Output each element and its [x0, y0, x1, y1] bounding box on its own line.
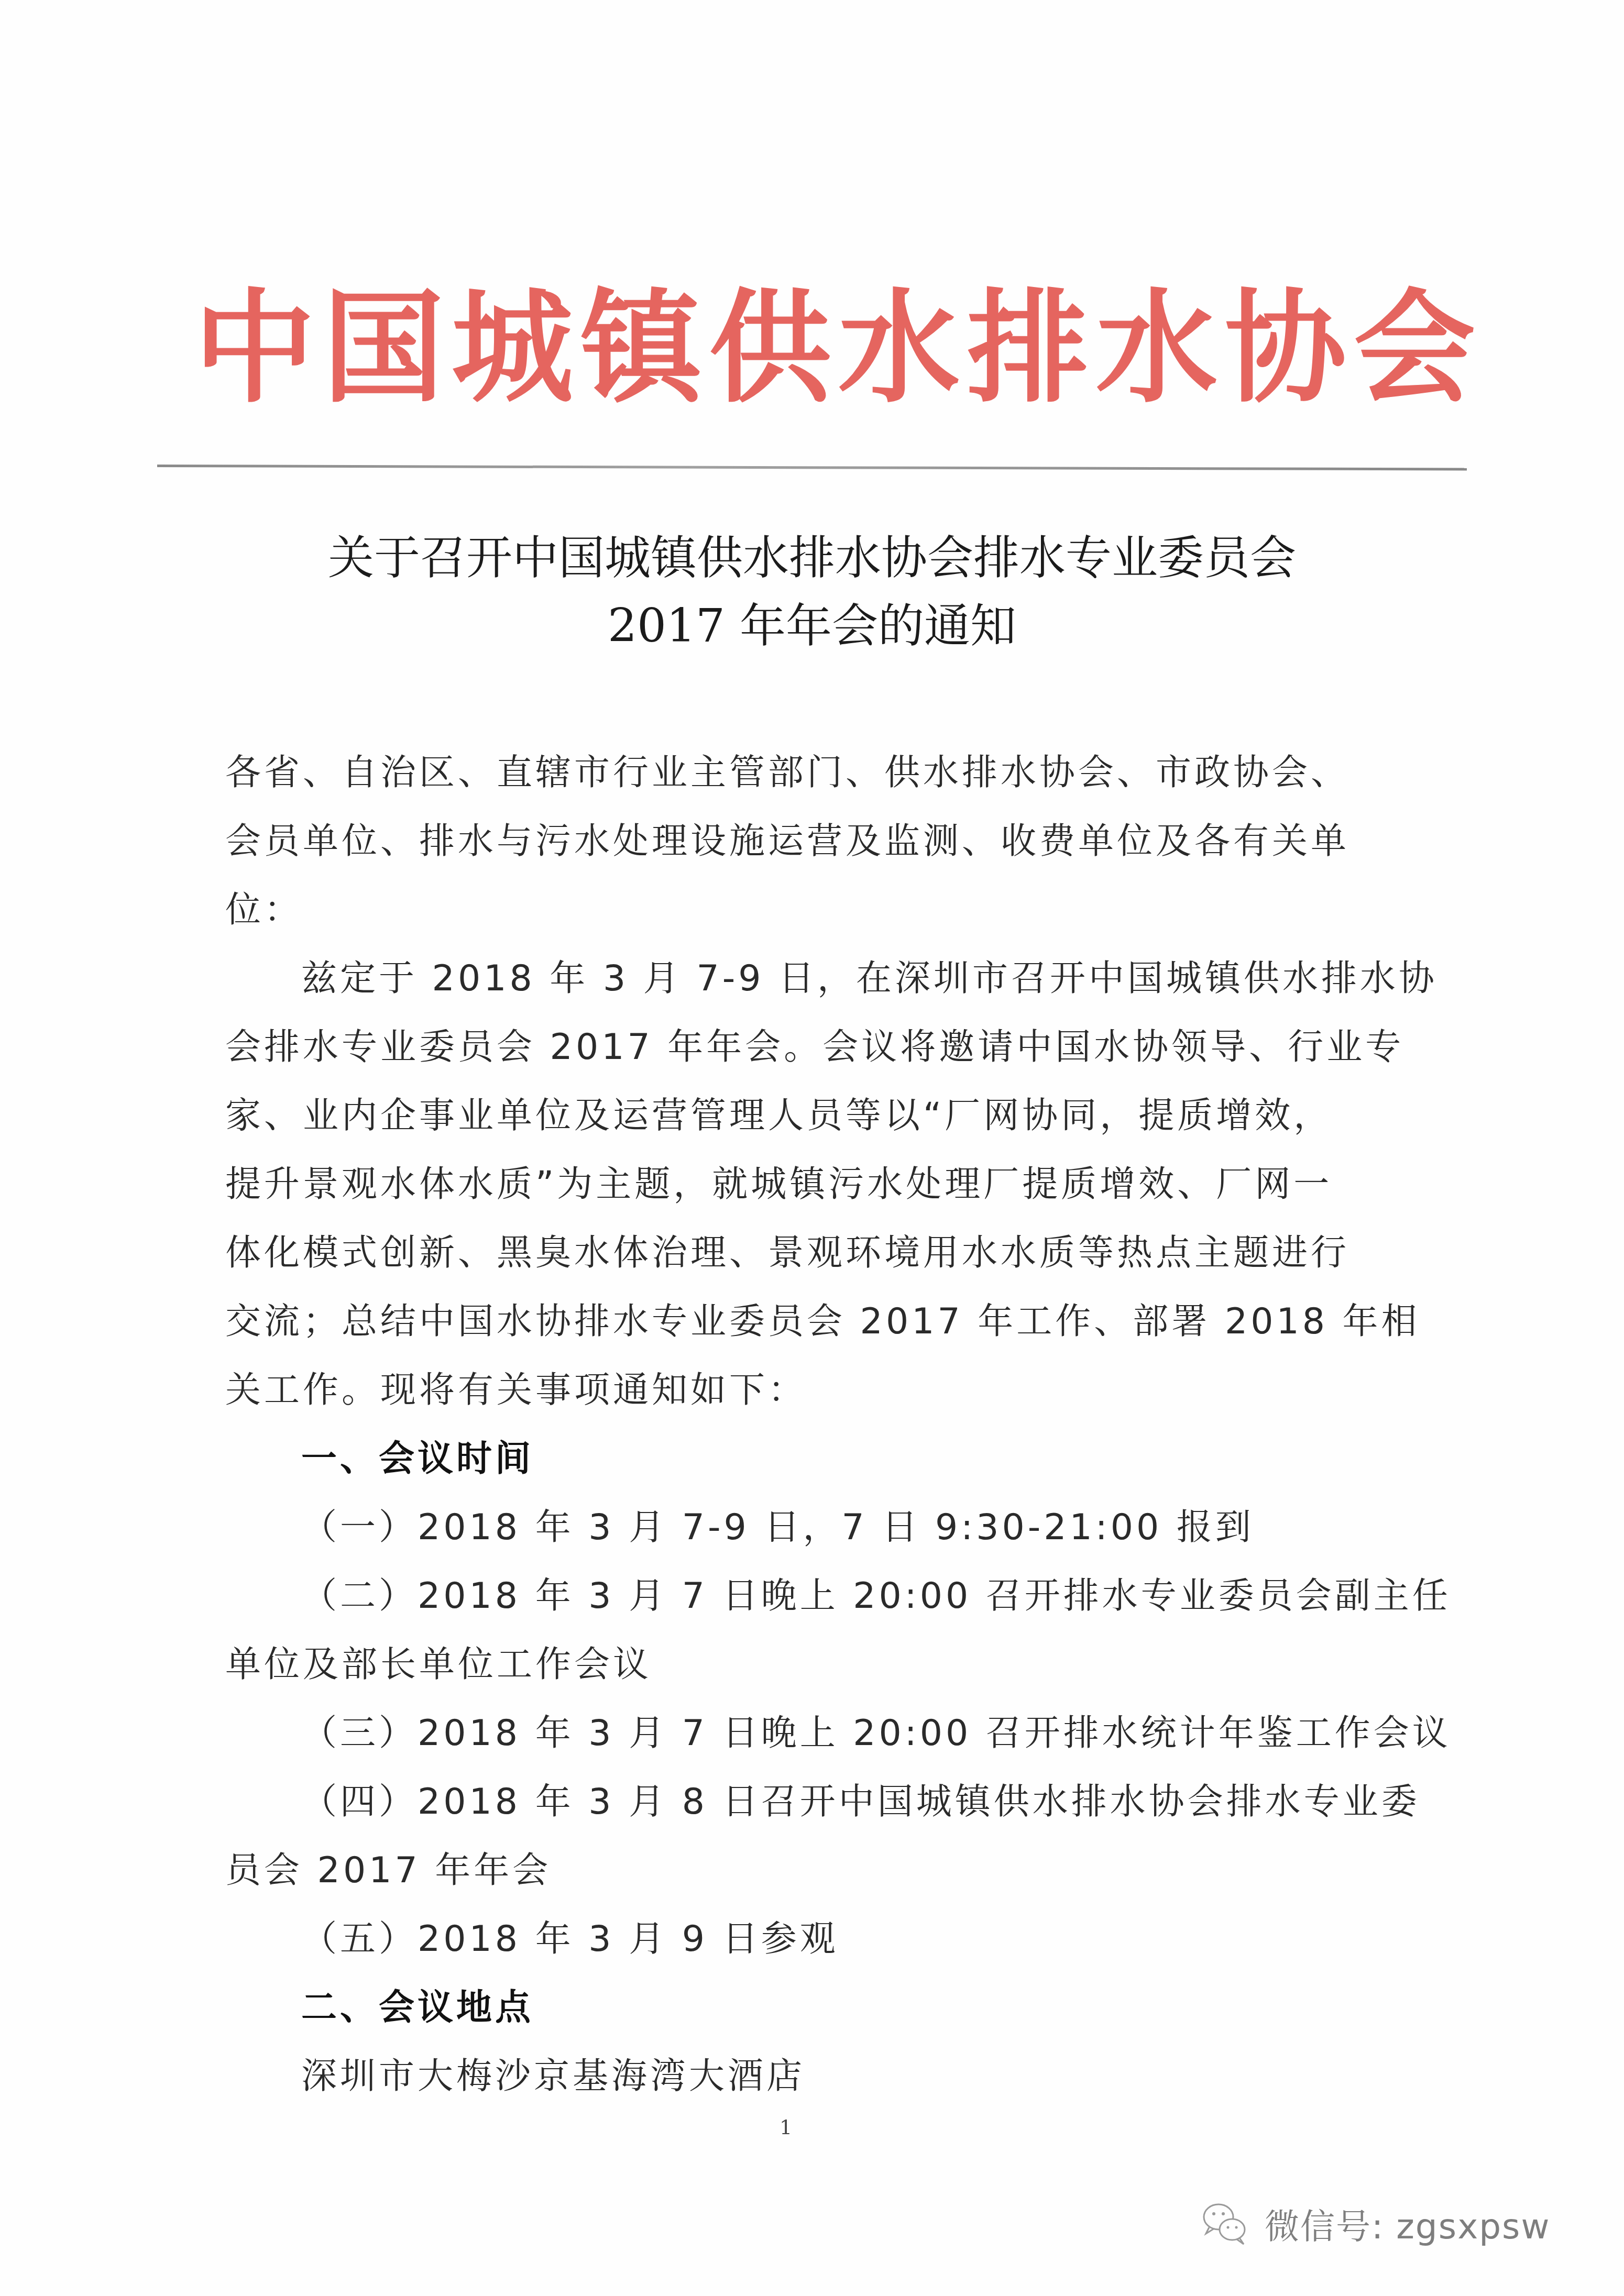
document-title: 关于召开中国城镇供水排水协会排水专业委员会 2017 年年会的通知 [210, 524, 1414, 660]
schedule-item-continuation: 员会 2017 年年会 [225, 1836, 1367, 1905]
schedule-item: （三）2018 年 3 月 7 日晚上 20:00 召开排水统计年鉴工作会议 [225, 1699, 1367, 1768]
intro-line: 提升景观水体水质”为主题，就城镇污水处理厂提质增效、厂网一 [225, 1150, 1367, 1219]
section-heading-meeting-time: 一、会议时间 [225, 1425, 1367, 1493]
section-heading-meeting-venue: 二、会议地点 [225, 1973, 1367, 2042]
schedule-item: （二）2018 年 3 月 7 日晚上 20:00 召开排水专业委员会副主任 [225, 1562, 1367, 1630]
wechat-icon [1200, 2197, 1252, 2249]
schedule-item: （五）2018 年 3 月 9 日参观 [225, 1905, 1367, 1973]
intro-line: 体化模式创新、黑臭水体治理、景观环境用水水质等热点主题进行 [225, 1219, 1367, 1287]
letterhead-organization-name: 中国城镇供水排水协会 [194, 272, 1462, 424]
schedule-item: （四）2018 年 3 月 8 日召开中国城镇供水排水协会排水专业委 [225, 1768, 1367, 1836]
document-page: 中国城镇供水排水协会 关于召开中国城镇供水排水协会排水专业委员会 2017 年年… [0, 0, 1624, 2296]
schedule-item-continuation: 单位及部长单位工作会议 [225, 1630, 1367, 1699]
schedule-item: （一）2018 年 3 月 7-9 日，7 日 9:30-21:00 报到 [225, 1493, 1367, 1562]
venue-text: 深圳市大梅沙京基海湾大酒店 [225, 2042, 1367, 2111]
document-title-line-1: 关于召开中国城镇供水排水协会排水专业委员会 [210, 524, 1414, 592]
salutation-line: 各省、自治区、直辖市行业主管部门、供水排水协会、市政协会、 [225, 738, 1367, 807]
intro-line: 兹定于 2018 年 3 月 7-9 日，在深圳市召开中国城镇供水排水协 [225, 944, 1367, 1013]
document-title-line-2: 2017 年年会的通知 [210, 592, 1414, 660]
page-number: 1 [780, 2116, 792, 2139]
salutation-line: 位： [225, 876, 1367, 944]
document-body: 各省、自治区、直辖市行业主管部门、供水排水协会、市政协会、 会员单位、排水与污水… [225, 738, 1367, 2111]
intro-line: 关工作。现将有关事项通知如下： [225, 1356, 1367, 1425]
salutation-line: 会员单位、排水与污水处理设施运营及监测、收费单位及各有关单 [225, 807, 1367, 876]
wechat-watermark: 微信号: zgsxpsw [1200, 2194, 1550, 2252]
intro-line: 交流；总结中国水协排水专业委员会 2017 年工作、部署 2018 年相 [225, 1287, 1367, 1356]
letterhead-divider [157, 465, 1467, 471]
intro-line: 会排水专业委员会 2017 年年会。会议将邀请中国水协领导、行业专 [225, 1013, 1367, 1081]
wechat-id-text: 微信号: zgsxpsw [1265, 2199, 1550, 2248]
intro-line: 家、业内企事业单位及运营管理人员等以“厂网协同，提质增效， [225, 1081, 1367, 1150]
